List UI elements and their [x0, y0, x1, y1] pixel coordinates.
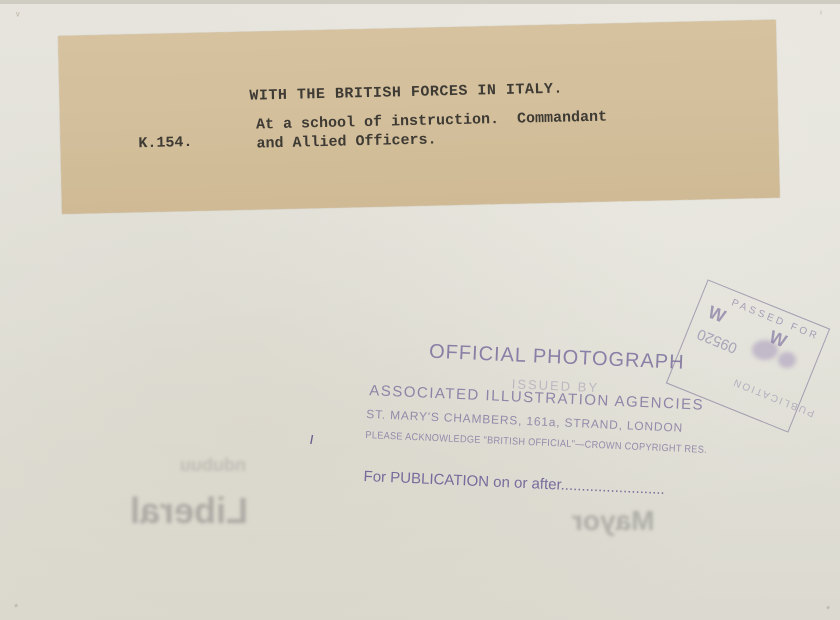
- bleed-through-text-right: Mayor: [572, 505, 654, 537]
- caption-title: WITH THE BRITISH FORCES IN ITALY.: [249, 81, 563, 105]
- stamp-acknowledge-line: PLEASE ACKNOWLEDGE "BRITISH OFFICIAL"—CR…: [365, 430, 707, 456]
- corner-mark: *: [14, 602, 18, 614]
- photo-back-card: ᵛ ⁱ * * WITH THE BRITISH FORCES IN ITALY…: [0, 0, 840, 620]
- corner-mark: *: [826, 604, 830, 616]
- stamp-publication-line: For PUBLICATION on or after.............…: [363, 468, 665, 498]
- stamp-official-line: OFFICIAL PHOTOGRAPH: [429, 341, 685, 375]
- ink-blot: [778, 352, 796, 368]
- corner-mark: ⁱ: [820, 8, 822, 21]
- stamp-address-line: ST. MARY'S CHAMBERS, 161a, STRAND, LONDO…: [366, 407, 683, 435]
- caption-description: At a school of instruction. Commandant a…: [256, 108, 608, 154]
- ink-mark: /: [310, 433, 313, 447]
- ink-blot: [752, 340, 778, 360]
- bleed-through-text-small: ndubuu: [180, 455, 246, 476]
- typed-caption-label: WITH THE BRITISH FORCES IN ITALY. K.154.…: [58, 20, 780, 214]
- corner-mark: ᵛ: [16, 10, 20, 22]
- caption-description-line-1: At a school of instruction. Commandant: [256, 109, 607, 134]
- caption-description-line-2: and Allied Officers.: [256, 131, 436, 152]
- caption-reference-number: K.154.: [138, 134, 192, 152]
- card-top-edge: [0, 0, 840, 4]
- bleed-through-text-left: Liberal: [130, 490, 248, 532]
- censor-stamp-bottom-text: PUBLICATION: [731, 375, 817, 418]
